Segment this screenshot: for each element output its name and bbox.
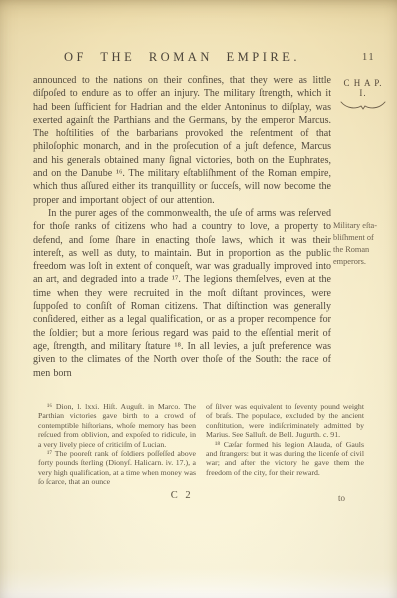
brace-ornament-icon [340, 101, 386, 111]
footnote: ¹⁷ The pooreſt rank of ſoldiers poſſeſſe… [38, 449, 196, 487]
catchword: to [338, 493, 364, 503]
signature-mark: C 2 [33, 490, 331, 501]
chapter-label: C H A P. [334, 78, 392, 88]
text-line: emperors. [333, 256, 393, 268]
footnote: ¹⁶ Dion, l. lxxi. Hiſt. Auguſt. in Marco… [38, 402, 196, 449]
footnote-continuation: of ſilver was equivalent to ſeventy poun… [206, 402, 364, 440]
text-line: the Roman [333, 244, 393, 256]
running-title: OF THE ROMAN EMPIRE. [33, 50, 331, 65]
text-line: bliſhment of [333, 232, 393, 244]
footnote-column-right: of ſilver was equivalent to ſeventy poun… [206, 402, 364, 487]
footnote-column-left: ¹⁶ Dion, l. lxxi. Hiſt. Auguſt. in Marco… [38, 402, 196, 487]
text-line: Military eſta- [333, 220, 393, 232]
book-page: OF THE ROMAN EMPIRE. 11 announced to the… [0, 0, 397, 598]
paragraph: announced to the nations on their confin… [33, 74, 331, 207]
chapter-number: I. [334, 88, 392, 98]
chapter-heading-note: C H A P. I. [334, 78, 392, 111]
footnote: ¹⁸ Cæſar formed his legion Alauda, of Ga… [206, 440, 364, 478]
footnotes: ¹⁶ Dion, l. lxxi. Hiſt. Auguſt. in Marco… [38, 402, 365, 487]
paragraph: In the purer ages of the commonwealth, t… [33, 207, 331, 380]
body-text: announced to the nations on their confin… [33, 74, 331, 380]
margin-side-note: Military eſta-bliſhment ofthe Romanemper… [333, 220, 393, 268]
page-number: 11 [362, 52, 384, 63]
